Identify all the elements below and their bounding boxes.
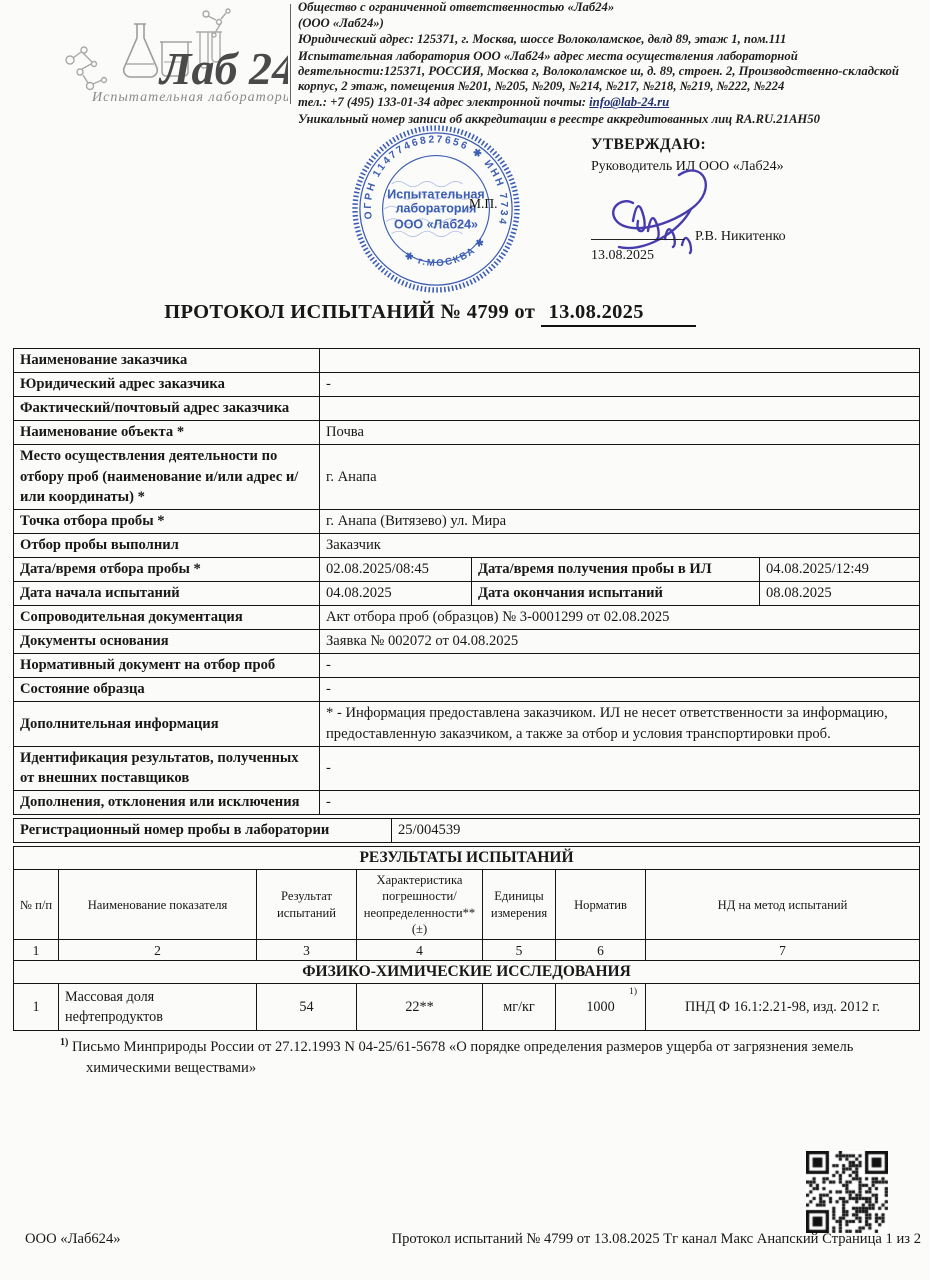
info-label: Наименование заказчика — [14, 349, 320, 373]
info-row: Дополнения, отклонения или исключения- — [14, 791, 920, 815]
footnote: 1) Письмо Минприроды России от 27.12.199… — [60, 1036, 916, 1079]
stamp-city: ✱ г.МОСКВА ✱ — [403, 235, 489, 269]
title-prefix: ПРОТОКОЛ ИСПЫТАНИЙ № 4799 от — [164, 301, 540, 323]
info-label: Дополнительная информация — [14, 702, 320, 746]
info-label: Точка отбора пробы * — [14, 510, 320, 534]
title-date: 13.08.2025 — [541, 301, 696, 327]
results-column-header: Характеристика погрешности/ неопределенн… — [357, 870, 483, 940]
signature-zone — [591, 175, 926, 227]
info-row: Наименование заказчика — [14, 349, 920, 373]
results-group-title: ФИЗИКО-ХИМИЧЕСКИЕ ИССЛЕДОВАНИЯ — [14, 961, 920, 984]
result-norm: 10001) — [556, 984, 646, 1031]
info-row: Фактический/почтовый адрес заказчика — [14, 397, 920, 421]
info-value: 04.08.2025 — [320, 582, 472, 606]
approver-name: Р.В. Никитенко — [695, 229, 786, 244]
info-label: Место осуществления деятельности по отбо… — [14, 445, 320, 510]
logo-title: Лаб 24 — [158, 43, 288, 94]
results-table: РЕЗУЛЬТАТЫ ИСПЫТАНИЙ№ п/пНаименование по… — [13, 846, 920, 1031]
company-short-name: (ООО «Лаб24») — [298, 16, 926, 31]
info-value: г. Анапа (Витязево) ул. Мира — [320, 510, 920, 534]
info-value: 02.08.2025/08:45 — [320, 558, 472, 582]
registration-number-table: Регистрационный номер пробы в лаборатори… — [13, 818, 920, 843]
reg-number-label: Регистрационный номер пробы в лаборатори… — [14, 819, 392, 843]
qr-code — [806, 1151, 888, 1233]
sample-info-table: Наименование заказчикаЮридический адрес … — [13, 348, 920, 815]
approve-label: УТВЕРЖДАЮ: — [591, 136, 926, 154]
info-row: Отбор пробы выполнилЗаказчик — [14, 534, 920, 558]
logo-subtitle: Испытательная лаборатория — [91, 90, 288, 105]
lab24-logo: Лаб 24 Испытательная лаборатория — [56, 2, 288, 105]
company-phone: тел.: +7 (495) 133-01-34 адрес электронн… — [298, 95, 589, 109]
approval-block: УТВЕРЖДАЮ: Руководитель ИЛ ООО «Лаб24» Р… — [591, 136, 926, 264]
info-row: Сопроводительная документацияАкт отбора … — [14, 606, 920, 630]
stamp-center-line2: лаборатория — [396, 202, 477, 216]
company-contacts: тел.: +7 (495) 133-01-34 адрес электронн… — [298, 95, 926, 110]
info-label: Фактический/почтовый адрес заказчика — [14, 397, 320, 421]
footer-page-number: Страница 1 из 2 — [822, 1231, 921, 1247]
results-column-header: Норматив — [556, 870, 646, 940]
info-row: Дата/время отбора пробы *02.08.2025/08:4… — [14, 558, 920, 582]
results-column-number: 7 — [646, 940, 920, 961]
info-value: Заявка № 002072 от 04.08.2025 — [320, 630, 920, 654]
footer-protocol-ref: Протокол испытаний № 4799 от 13.08.2025 … — [392, 1231, 823, 1247]
info-value — [320, 397, 920, 421]
info-label: Дата начала испытаний — [14, 582, 320, 606]
results-column-number: 6 — [556, 940, 646, 961]
footer-protocol-line: Протокол испытаний № 4799 от 13.08.2025 … — [392, 1231, 921, 1248]
footnote-marker: 1) — [60, 1037, 68, 1048]
info-row: Юридический адрес заказчика- — [14, 373, 920, 397]
info-row: Идентификация результатов, полученных от… — [14, 746, 920, 790]
result-indicator: Массовая доля нефтепродуктов — [59, 984, 257, 1031]
results-table-body: РЕЗУЛЬТАТЫ ИСПЫТАНИЙ№ п/пНаименование по… — [14, 847, 920, 1031]
company-lab-address: Испытательная лаборатория ООО «Лаб24» ад… — [298, 49, 926, 95]
info-value: - — [320, 746, 920, 790]
info-value: г. Анапа — [320, 445, 920, 510]
results-column-number: 2 — [59, 940, 257, 961]
info-row: Документы основанияЗаявка № 002072 от 04… — [14, 630, 920, 654]
info-row: Дата начала испытаний04.08.2025Дата окон… — [14, 582, 920, 606]
result-num: 1 — [14, 984, 59, 1031]
info-label: Нормативный документ на отбор проб — [14, 654, 320, 678]
info-row: Дополнительная информация* - Информация … — [14, 702, 920, 746]
info-row: Нормативный документ на отбор проб- — [14, 654, 920, 678]
results-column-number: 3 — [257, 940, 357, 961]
info-label: Состояние образца — [14, 678, 320, 702]
info-label: Идентификация результатов, полученных от… — [14, 746, 320, 790]
info-label: Сопроводительная документация — [14, 606, 320, 630]
molecule-decoration-left — [66, 47, 107, 90]
result-norm-value: 1000 — [586, 999, 614, 1015]
info-label: Дата/время отбора пробы * — [14, 558, 320, 582]
info-row: Место осуществления деятельности по отбо… — [14, 445, 920, 510]
results-column-header: НД на метод испытаний — [646, 870, 920, 940]
lab-round-stamp: ОГРН 1147746827656 ✱ ИНН 7734728967 ✱ г.… — [347, 120, 525, 298]
result-method: ПНД Ф 16.1:2.21-98, изд. 2012 г. — [646, 984, 920, 1031]
header-divider — [290, 4, 291, 104]
info-value: Акт отбора проб (образцов) № 3-0001299 о… — [320, 606, 920, 630]
info-label: Наименование объекта * — [14, 421, 320, 445]
page-title: ПРОТОКОЛ ИСПЫТАНИЙ № 4799 от 13.08.2025 — [0, 301, 860, 324]
approve-date: 13.08.2025 — [591, 248, 926, 264]
results-column-header: Результат испытаний — [257, 870, 357, 940]
info-label: Документы основания — [14, 630, 320, 654]
company-name: Общество с ограниченной ответственностью… — [298, 0, 926, 15]
result-uncertainty: 22** — [357, 984, 483, 1031]
info-label: Дата/время получения пробы в ИЛ — [472, 558, 760, 582]
document-body: Наименование заказчикаЮридический адрес … — [13, 348, 920, 1031]
approver-role: Руководитель ИЛ ООО «Лаб24» — [591, 159, 926, 175]
info-value: - — [320, 791, 920, 815]
info-label: Дата окончания испытаний — [472, 582, 760, 606]
stamp-place-label: М.П. — [469, 196, 498, 212]
info-row: Состояние образца- — [14, 678, 920, 702]
info-label: Дополнения, отклонения или исключения — [14, 791, 320, 815]
info-value: - — [320, 678, 920, 702]
company-legal-address: Юридический адрес: 125371, г. Москва, шо… — [298, 32, 926, 47]
results-column-number: 1 — [14, 940, 59, 961]
info-value: Заказчик — [320, 534, 920, 558]
info-value: - — [320, 654, 920, 678]
info-table-body: Наименование заказчикаЮридический адрес … — [14, 349, 920, 815]
result-units: мг/кг — [483, 984, 556, 1031]
info-value: 04.08.2025/12:49 — [760, 558, 920, 582]
info-value: 08.08.2025 — [760, 582, 920, 606]
results-title: РЕЗУЛЬТАТЫ ИСПЫТАНИЙ — [14, 847, 920, 870]
results-colnum-row: 1234567 — [14, 940, 920, 961]
info-value — [320, 349, 920, 373]
info-value: Почва — [320, 421, 920, 445]
flask-icon — [124, 24, 158, 77]
results-column-number: 4 — [357, 940, 483, 961]
info-value: - — [320, 373, 920, 397]
info-value: * - Информация предоставлена заказчиком.… — [320, 702, 920, 746]
results-data-row: 1Массовая доля нефтепродуктов5422**мг/кг… — [14, 984, 920, 1031]
info-label: Юридический адрес заказчика — [14, 373, 320, 397]
results-column-number: 5 — [483, 940, 556, 961]
result-norm-footnote-ref: 1) — [629, 986, 637, 999]
signature-line-row: Р.В. Никитенко — [591, 227, 926, 245]
footnote-text: Письмо Минприроды России от 27.12.1993 N… — [72, 1039, 853, 1076]
results-column-header: Единицы измерения — [483, 870, 556, 940]
footer-company: ООО «Лаб624» — [25, 1231, 121, 1248]
results-column-header: Наименование показателя — [59, 870, 257, 940]
page-footer: ООО «Лаб624» Протокол испытаний № 4799 о… — [25, 1231, 921, 1248]
result-value: 54 — [257, 984, 357, 1031]
info-row: Точка отбора пробы *г. Анапа (Витязево) … — [14, 510, 920, 534]
results-title-row: РЕЗУЛЬТАТЫ ИСПЫТАНИЙ — [14, 847, 920, 870]
results-column-header: № п/п — [14, 870, 59, 940]
company-info-block: Общество с ограниченной ответственностью… — [298, 0, 926, 128]
info-row: Наименование объекта *Почва — [14, 421, 920, 445]
reg-number-value: 25/004539 — [392, 819, 920, 843]
stamp-center-line3: ООО «Лаб24» — [394, 218, 478, 232]
company-email: info@lab-24.ru — [589, 95, 669, 109]
molecule-decoration-top — [203, 9, 230, 37]
reg-number-row: Регистрационный номер пробы в лаборатори… — [14, 819, 920, 843]
results-header-row: № п/пНаименование показателяРезультат ис… — [14, 870, 920, 940]
signature-line — [591, 227, 685, 240]
results-group-title-row: ФИЗИКО-ХИМИЧЕСКИЕ ИССЛЕДОВАНИЯ — [14, 961, 920, 984]
info-label: Отбор пробы выполнил — [14, 534, 320, 558]
